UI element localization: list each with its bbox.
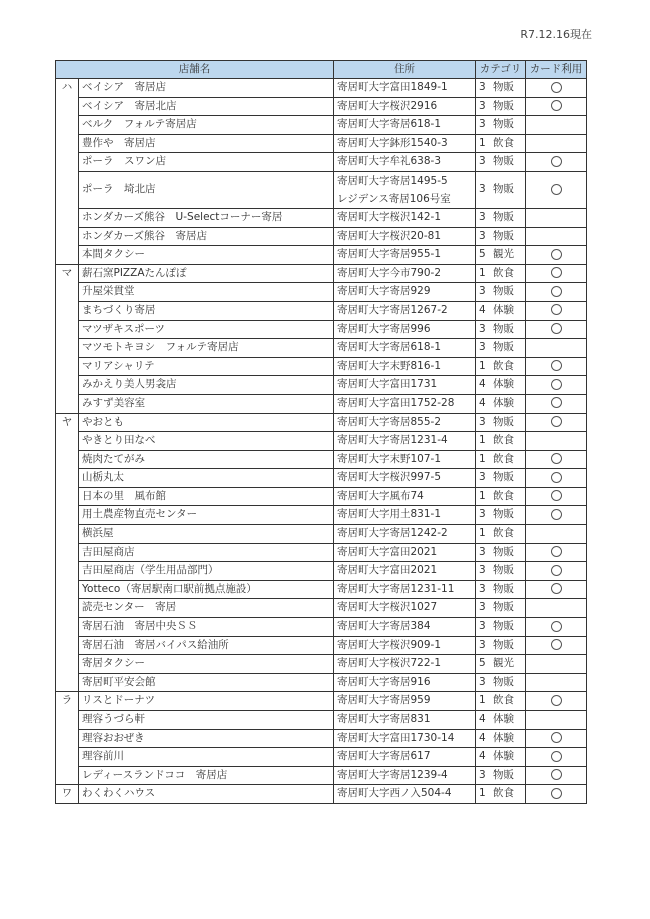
category-number: 1 [479,525,493,543]
header-address: 住所 [334,61,476,79]
shop-address: 寄居町大字寄居916 [334,673,476,692]
table-row: みすず美容室寄居町大字富田1752-284体験 [56,394,587,413]
category-number: 1 [479,488,493,506]
header-shop-name: 店舗名 [56,61,334,79]
table-row: レディースランドココ 寄居店寄居町大字寄居1239-43物販 [56,766,587,785]
as-of-date: R7.12.16現在 [520,26,592,42]
card-accepted-circle-icon [551,184,562,195]
category-number: 3 [479,181,493,199]
shop-category: 5観光 [476,246,526,265]
shop-category: 3物販 [476,208,526,227]
card-usage-cell [526,376,587,395]
shop-name: 寄居石油 寄居バイパス給油所 [79,636,334,655]
card-usage-cell [526,729,587,748]
shop-category: 1飲食 [476,450,526,469]
table-row: ベルク フォルテ寄居店寄居町大字寄居618-13物販 [56,116,587,135]
shop-address: 寄居町大字寄居959 [334,692,476,711]
card-accepted-circle-icon [551,249,562,260]
shop-address: 寄居町大字桜沢20-81 [334,227,476,246]
shop-name: 豊作や 寄居店 [79,134,334,153]
card-usage-cell [526,227,587,246]
card-usage-cell [526,134,587,153]
category-number: 3 [479,98,493,116]
table-row: 豊作や 寄居店寄居町大字鉢形1540-31飲食 [56,134,587,153]
category-label: 物販 [493,81,514,93]
category-number: 3 [479,339,493,357]
shop-address: 寄居町大字桜沢997-5 [334,469,476,488]
card-usage-cell [526,655,587,674]
category-number: 3 [479,599,493,617]
category-label: 観光 [493,657,514,669]
card-usage-cell [526,692,587,711]
shop-category: 4体験 [476,301,526,320]
shop-name: まちづくり寄居 [79,301,334,320]
category-number: 1 [479,692,493,710]
category-label: 物販 [493,416,514,428]
shop-name: ホンダカーズ熊谷 寄居店 [79,227,334,246]
card-usage-cell [526,171,587,208]
card-usage-cell [526,636,587,655]
category-number: 3 [479,283,493,301]
card-usage-cell [526,339,587,358]
shop-category: 4体験 [476,729,526,748]
card-usage-cell [526,79,587,98]
category-label: 体験 [493,304,514,316]
table-row: 本間タクシー寄居町大字寄居955-15観光 [56,246,587,265]
card-accepted-circle-icon [551,323,562,334]
table-row: 読売センター 寄居寄居町大字桜沢10273物販 [56,599,587,618]
category-label: 物販 [493,676,514,688]
category-number: 1 [479,135,493,153]
shop-address: 寄居町大字末野816-1 [334,357,476,376]
card-accepted-circle-icon [551,769,562,780]
shop-name: 理容うづら軒 [79,711,334,730]
shop-address: 寄居町大字寄居1242-2 [334,525,476,544]
category-label: 体験 [493,732,514,744]
shop-category: 3物販 [476,469,526,488]
table-row: ポーラ スワン店寄居町大字牟礼638-33物販 [56,153,587,172]
shop-category: 1飲食 [476,264,526,283]
category-label: 物販 [493,471,514,483]
shop-category: 3物販 [476,599,526,618]
shop-category: 5観光 [476,655,526,674]
card-usage-cell [526,506,587,525]
shop-category: 4体験 [476,711,526,730]
table-row: やきとり田なべ寄居町大字寄居1231-41飲食 [56,432,587,451]
card-usage-cell [526,562,587,581]
card-accepted-circle-icon [551,621,562,632]
category-number: 3 [479,228,493,246]
table-row: 寄居町平安会館寄居町大字寄居9163物販 [56,673,587,692]
card-usage-cell [526,97,587,116]
table-body: ハベイシア 寄居店寄居町大字富田1849-13物販ベイシア 寄居北店寄居町大字桜… [56,79,587,804]
category-label: 体験 [493,397,514,409]
shop-address: 寄居町大字西ノ入504-4 [334,785,476,804]
card-accepted-circle-icon [551,695,562,706]
shop-category: 3物販 [476,562,526,581]
shop-address: 寄居町大字寄居618-1 [334,116,476,135]
shop-name: 横浜屋 [79,525,334,544]
shop-name: ポーラ スワン店 [79,153,334,172]
shop-address: 寄居町大字寄居1231-4 [334,432,476,451]
shop-name: ホンダカーズ熊谷 U-Selectコーナー寄居 [79,208,334,227]
shop-name: やおとも [79,413,334,432]
card-accepted-circle-icon [551,453,562,464]
card-usage-cell [526,673,587,692]
card-usage-cell [526,208,587,227]
shop-category: 4体験 [476,394,526,413]
category-number: 4 [479,376,493,394]
shop-name: Yotteco（寄居駅南口駅前拠点施設） [79,580,334,599]
card-accepted-circle-icon [551,304,562,315]
shop-category: 3物販 [476,283,526,302]
card-accepted-circle-icon [551,583,562,594]
card-usage-cell [526,525,587,544]
shop-name: 升屋栄貫堂 [79,283,334,302]
table-row: 寄居石油 寄居中央ＳＳ寄居町大字寄居3843物販 [56,618,587,637]
card-usage-cell [526,394,587,413]
shop-name: みすず美容室 [79,394,334,413]
table-row: Yotteco（寄居駅南口駅前拠点施設）寄居町大字寄居1231-113物販 [56,580,587,599]
shop-category: 1飲食 [476,134,526,153]
table-row: まちづくり寄居寄居町大字寄居1267-24体験 [56,301,587,320]
card-usage-cell [526,785,587,804]
card-accepted-circle-icon [551,751,562,762]
category-number: 5 [479,655,493,673]
shop-category: 3物販 [476,618,526,637]
shop-list-table: 店舗名 住所 カテゴリ カード利用 ハベイシア 寄居店寄居町大字富田1849-1… [55,60,587,804]
card-usage-cell [526,711,587,730]
card-usage-cell [526,599,587,618]
shop-address: 寄居町大字寄居955-1 [334,246,476,265]
shop-address: 寄居町大字鉢形1540-3 [334,134,476,153]
card-accepted-circle-icon [551,565,562,576]
table-row: 山栃丸太寄居町大字桜沢997-53物販 [56,469,587,488]
shop-name: 寄居石油 寄居中央ＳＳ [79,618,334,637]
card-accepted-circle-icon [551,490,562,501]
shop-address: 寄居町大字寄居929 [334,283,476,302]
category-number: 1 [479,785,493,803]
table-row: ハベイシア 寄居店寄居町大字富田1849-13物販 [56,79,587,98]
shop-category: 3物販 [476,79,526,98]
kana-group-label: ワ [56,785,79,804]
card-accepted-circle-icon [551,639,562,650]
shop-name: わくわくハウス [79,785,334,804]
card-accepted-circle-icon [551,100,562,111]
category-label: 飲食 [493,360,514,372]
shop-address: 寄居町大字桜沢142-1 [334,208,476,227]
category-label: 物販 [493,285,514,297]
category-label: 物販 [493,546,514,558]
category-label: 物販 [493,769,514,781]
table-row: ワわくわくハウス寄居町大字西ノ入504-41飲食 [56,785,587,804]
shop-address: 寄居町大字寄居384 [334,618,476,637]
category-number: 3 [479,581,493,599]
card-usage-cell [526,766,587,785]
card-accepted-circle-icon [551,360,562,371]
shop-address: 寄居町大字寄居1267-2 [334,301,476,320]
category-number: 3 [479,767,493,785]
kana-group-label: ヤ [56,413,79,692]
category-label: 観光 [493,248,514,260]
shop-name: 吉田屋商店（学生用品部門） [79,562,334,581]
shop-category: 4体験 [476,376,526,395]
table-row: マツザキスポーツ寄居町大字寄居9963物販 [56,320,587,339]
shop-category: 3物販 [476,339,526,358]
shop-name: ポーラ 埼北店 [79,171,334,208]
shop-category: 1飲食 [476,785,526,804]
shop-name: 理容前川 [79,748,334,767]
category-label: 物販 [493,639,514,651]
category-number: 4 [479,302,493,320]
category-number: 4 [479,730,493,748]
table-row: 吉田屋商店（学生用品部門）寄居町大字富田20213物販 [56,562,587,581]
shop-name: 本間タクシー [79,246,334,265]
table-row: 理容前川寄居町大字寄居6174体験 [56,748,587,767]
card-accepted-circle-icon [551,416,562,427]
card-usage-cell [526,487,587,506]
table-row: 吉田屋商店寄居町大字富田20213物販 [56,543,587,562]
shop-category: 3物販 [476,636,526,655]
category-number: 3 [479,618,493,636]
category-label: 物販 [493,100,514,112]
shop-name: 理容おおぜき [79,729,334,748]
category-number: 1 [479,451,493,469]
shop-category: 1飲食 [476,357,526,376]
category-label: 物販 [493,323,514,335]
category-number: 3 [479,209,493,227]
category-label: 飲食 [493,267,514,279]
card-usage-cell [526,320,587,339]
shop-address: 寄居町大字桜沢2916 [334,97,476,116]
kana-group-label: マ [56,264,79,413]
card-accepted-circle-icon [551,732,562,743]
table-row: ラリスとドーナツ寄居町大字寄居9591飲食 [56,692,587,711]
shop-category: 3物販 [476,673,526,692]
table-row: 寄居タクシー寄居町大字桜沢722-15観光 [56,655,587,674]
card-usage-cell [526,283,587,302]
card-usage-cell [526,543,587,562]
shop-name: みかえり美人男衾店 [79,376,334,395]
shop-address: 寄居町大字富田2021 [334,562,476,581]
category-number: 3 [479,414,493,432]
table-row: 横浜屋寄居町大字寄居1242-21飲食 [56,525,587,544]
shop-address: 寄居町大字寄居618-1 [334,339,476,358]
shop-name: 読売センター 寄居 [79,599,334,618]
table-row: 用土農産物直売センター寄居町大字用土831-13物販 [56,506,587,525]
card-accepted-circle-icon [551,267,562,278]
shop-address: 寄居町大字寄居855-2 [334,413,476,432]
category-label: 物販 [493,508,514,520]
shop-address: 寄居町大字富田1752-28 [334,394,476,413]
category-number: 3 [479,321,493,339]
shop-address: 寄居町大字牟礼638-3 [334,153,476,172]
table-row: 寄居石油 寄居バイパス給油所寄居町大字桜沢909-13物販 [56,636,587,655]
shop-address: 寄居町大字寄居1231-11 [334,580,476,599]
shop-address: 寄居町大字寄居617 [334,748,476,767]
table-row: 升屋栄貫堂寄居町大字寄居9293物販 [56,283,587,302]
shop-category: 3物販 [476,227,526,246]
shop-address: 寄居町大字用土831-1 [334,506,476,525]
card-accepted-circle-icon [551,788,562,799]
category-label: 物販 [493,341,514,353]
shop-name: ベイシア 寄居店 [79,79,334,98]
category-number: 3 [479,469,493,487]
card-accepted-circle-icon [551,286,562,297]
category-label: 物販 [493,564,514,576]
shop-name: マリアシャリテ [79,357,334,376]
category-number: 1 [479,432,493,450]
table-row: ベイシア 寄居北店寄居町大字桜沢29163物販 [56,97,587,116]
shop-category: 3物販 [476,116,526,135]
header-category: カテゴリ [476,61,526,79]
category-number: 3 [479,637,493,655]
card-usage-cell [526,246,587,265]
shop-address: 寄居町大字富田1730-14 [334,729,476,748]
card-usage-cell [526,469,587,488]
shop-address: 寄居町大字風布74 [334,487,476,506]
shop-category: 3物販 [476,97,526,116]
card-usage-cell [526,264,587,283]
shop-address: 寄居町大字富田2021 [334,543,476,562]
category-label: 物販 [493,155,514,167]
shop-category: 1飲食 [476,525,526,544]
shop-name: やきとり田なべ [79,432,334,451]
shop-name: 用土農産物直売センター [79,506,334,525]
category-label: 飲食 [493,434,514,446]
shop-category: 3物販 [476,506,526,525]
category-label: 体験 [493,750,514,762]
category-label: 物販 [493,183,514,195]
card-accepted-circle-icon [551,509,562,520]
shop-name: 寄居町平安会館 [79,673,334,692]
shop-category: 3物販 [476,766,526,785]
shop-name: レディースランドココ 寄居店 [79,766,334,785]
card-accepted-circle-icon [551,82,562,93]
shop-name: ベルク フォルテ寄居店 [79,116,334,135]
shop-address: 寄居町大字富田1849-1 [334,79,476,98]
card-usage-cell [526,748,587,767]
header-card-usage: カード利用 [526,61,587,79]
card-usage-cell [526,357,587,376]
category-label: 飲食 [493,527,514,539]
category-number: 4 [479,748,493,766]
shop-category: 1飲食 [476,487,526,506]
table-row: ポーラ 埼北店寄居町大字寄居1495-5レジデンス寄居106号室3物販 [56,171,587,208]
card-accepted-circle-icon [551,379,562,390]
shop-name: マツモトキヨシ フォルテ寄居店 [79,339,334,358]
shop-name: 薪石窯PIZZAたんぽぽ [79,264,334,283]
category-number: 1 [479,265,493,283]
shop-category: 3物販 [476,413,526,432]
card-usage-cell [526,301,587,320]
category-number: 3 [479,506,493,524]
shop-category: 3物販 [476,543,526,562]
table-row: 日本の里 風布館寄居町大字風布741飲食 [56,487,587,506]
shop-category: 3物販 [476,153,526,172]
category-label: 飲食 [493,453,514,465]
category-number: 3 [479,544,493,562]
category-label: 物販 [493,230,514,242]
shop-address: 寄居町大字寄居1239-4 [334,766,476,785]
category-number: 4 [479,395,493,413]
table-row: みかえり美人男衾店寄居町大字富田17314体験 [56,376,587,395]
kana-group-label: ハ [56,79,79,265]
shop-address: 寄居町大字寄居996 [334,320,476,339]
category-label: 体験 [493,378,514,390]
category-label: 物販 [493,583,514,595]
shop-address: 寄居町大字桜沢909-1 [334,636,476,655]
category-label: 飲食 [493,787,514,799]
address-line-2: レジデンス寄居106号室 [337,190,472,208]
shop-address: 寄居町大字桜沢722-1 [334,655,476,674]
card-usage-cell [526,413,587,432]
kana-group-label: ラ [56,692,79,785]
shop-name: 寄居タクシー [79,655,334,674]
card-usage-cell [526,153,587,172]
category-number: 5 [479,246,493,264]
category-number: 1 [479,358,493,376]
shop-name: 日本の里 風布館 [79,487,334,506]
shop-category: 3物販 [476,171,526,208]
category-label: 物販 [493,211,514,223]
shop-category: 3物販 [476,320,526,339]
category-label: 物販 [493,118,514,130]
shop-name: 山栃丸太 [79,469,334,488]
category-number: 3 [479,153,493,171]
table-row: マリアシャリテ寄居町大字末野816-11飲食 [56,357,587,376]
shop-name: 焼肉たてがみ [79,450,334,469]
category-label: 飲食 [493,137,514,149]
shop-name: 吉田屋商店 [79,543,334,562]
shop-category: 1飲食 [476,432,526,451]
table-row: 焼肉たてがみ寄居町大字末野107-11飲食 [56,450,587,469]
category-number: 3 [479,674,493,692]
category-label: 飲食 [493,694,514,706]
card-accepted-circle-icon [551,397,562,408]
card-usage-cell [526,618,587,637]
table-row: マツモトキヨシ フォルテ寄居店寄居町大字寄居618-13物販 [56,339,587,358]
shop-address: 寄居町大字寄居1495-5レジデンス寄居106号室 [334,171,476,208]
shop-address: 寄居町大字末野107-1 [334,450,476,469]
category-number: 4 [479,711,493,729]
shop-category: 4体験 [476,748,526,767]
card-accepted-circle-icon [551,156,562,167]
card-usage-cell [526,116,587,135]
card-usage-cell [526,580,587,599]
table-row: ホンダカーズ熊谷 寄居店寄居町大字桜沢20-813物販 [56,227,587,246]
shop-address: 寄居町大字桜沢1027 [334,599,476,618]
shop-name: リスとドーナツ [79,692,334,711]
card-usage-cell [526,432,587,451]
table-header-row: 店舗名 住所 カテゴリ カード利用 [56,61,587,79]
category-number: 3 [479,562,493,580]
card-accepted-circle-icon [551,472,562,483]
table-row: マ薪石窯PIZZAたんぽぽ寄居町大字今市790-21飲食 [56,264,587,283]
card-usage-cell [526,450,587,469]
category-label: 飲食 [493,490,514,502]
category-label: 物販 [493,620,514,632]
category-number: 3 [479,116,493,134]
shop-address: 寄居町大字寄居831 [334,711,476,730]
category-label: 体験 [493,713,514,725]
shop-category: 3物販 [476,580,526,599]
category-number: 3 [479,79,493,97]
shop-address: 寄居町大字今市790-2 [334,264,476,283]
address-line-1: 寄居町大字寄居1495-5 [337,172,472,190]
shop-name: マツザキスポーツ [79,320,334,339]
category-label: 物販 [493,601,514,613]
